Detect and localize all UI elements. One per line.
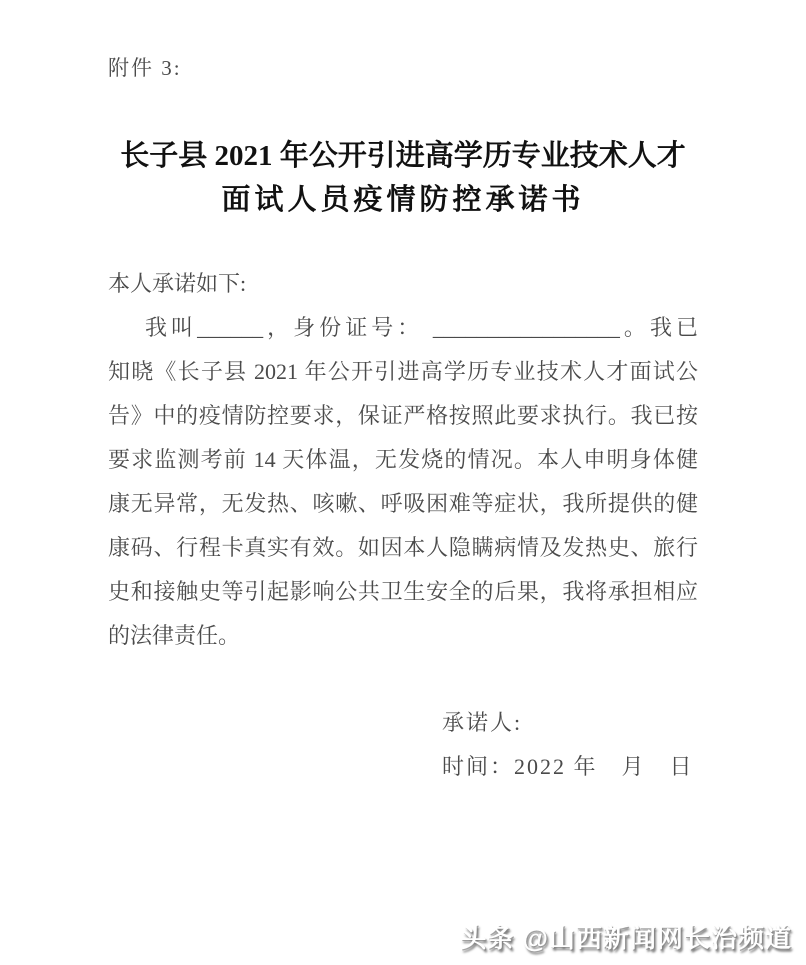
body-line: 要求监测考前 14 天体温，无发烧的情况。本人申明身体健	[108, 438, 698, 482]
body-line-intro: 本人承诺如下:	[108, 262, 698, 306]
body-line: 知晓《长子县 2021 年公开引进高学历专业技术人才面试公	[108, 350, 698, 394]
document-title-line-2: 面试人员疫情防控承诺书	[0, 178, 806, 222]
attachment-label: 附件 3:	[108, 52, 182, 84]
body-line-name-and-id: 我叫______，身份证号： _________________。我已	[108, 306, 698, 350]
signer-label: 承诺人:	[442, 701, 694, 745]
date-line: 时间：2022 年 月 日	[442, 745, 694, 789]
document-page: 附件 3: 长子县 2021 年公开引进高学历专业技术人才 面试人员疫情防控承诺…	[0, 0, 806, 965]
document-body: 本人承诺如下: 我叫______，身份证号： _________________…	[108, 262, 698, 658]
document-title-line-1: 长子县 2021 年公开引进高学历专业技术人才	[0, 134, 806, 178]
news-channel-watermark: 头条 @山西新闻网长治频道	[460, 918, 792, 955]
body-line: 康码、行程卡真实有效。如因本人隐瞒病情及发热史、旅行	[108, 526, 698, 570]
signature-block: 承诺人: 时间：2022 年 月 日	[442, 701, 694, 789]
document-title: 长子县 2021 年公开引进高学历专业技术人才 面试人员疫情防控承诺书	[0, 134, 806, 222]
body-line-closing: 的法律责任。	[108, 614, 698, 658]
body-line: 告》中的疫情防控要求，保证严格按照此要求执行。我已按	[108, 394, 698, 438]
body-line: 史和接触史等引起影响公共卫生安全的后果，我将承担相应	[108, 570, 698, 614]
body-line: 康无异常，无发热、咳嗽、呼吸困难等症状，我所提供的健	[108, 482, 698, 526]
